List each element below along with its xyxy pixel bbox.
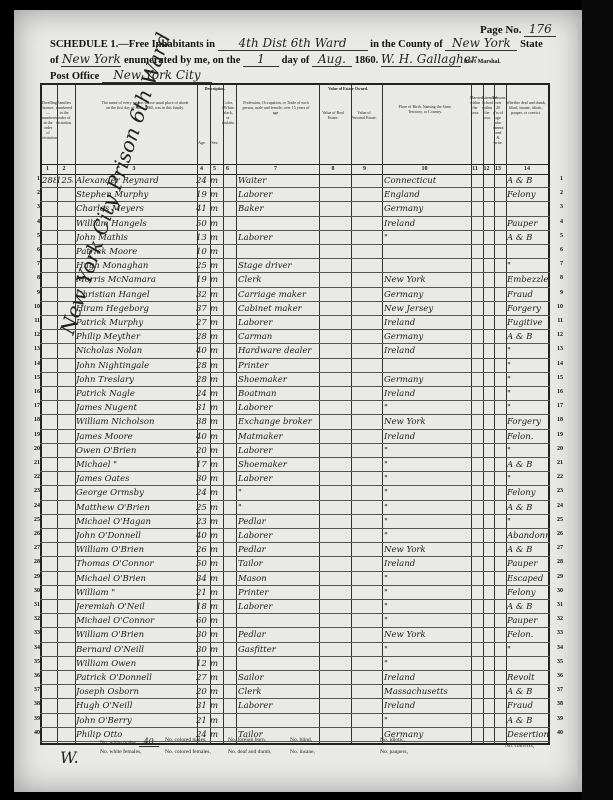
table-row [40, 713, 550, 727]
table-row [40, 528, 550, 542]
table-row [40, 301, 550, 315]
row-number-left: 3 [28, 204, 40, 210]
col-header-sex: Sex. [209, 140, 221, 145]
idiotic-label: No. idiotic, [380, 737, 405, 743]
row-number-right: 30 [551, 588, 563, 594]
col-header-dwelling: Dwelling-houses—numbered in the order of… [42, 100, 54, 140]
row-number-right: 3 [551, 204, 563, 210]
row-number-right: 38 [551, 701, 563, 707]
row-number-right: 35 [551, 659, 563, 665]
row-number-right: 6 [551, 247, 563, 253]
row-number-right: 16 [551, 389, 563, 395]
column-number: 8 [317, 166, 349, 172]
row-number-left: 7 [28, 261, 40, 267]
col-header-married: Married within the year. [470, 95, 480, 115]
column-number: 4 [195, 166, 208, 172]
column-number: 2 [55, 166, 73, 172]
post-office-line: Post Office New York City [50, 68, 212, 83]
table-row [40, 386, 550, 400]
table-row [40, 443, 550, 457]
table-row [40, 571, 550, 585]
group-header-estate: Value of Estate Owned. [318, 86, 378, 91]
col-header-age: Age. [196, 140, 208, 145]
insane-label: No. insane, [290, 749, 315, 755]
table-row [40, 556, 550, 570]
schedule-line: SCHEDULE 1.—Free Inhabitants in 4th Dist… [50, 36, 543, 51]
group-header-description: Description. [195, 86, 235, 91]
row-number-left: 9 [28, 290, 40, 296]
row-number-left: 22 [28, 474, 40, 480]
row-number-right: 11 [551, 318, 563, 324]
white-females-label: No. white females, [100, 749, 142, 755]
colored-males-label: No. colored males, [165, 737, 207, 743]
row-number-right: 25 [551, 517, 563, 523]
row-number-left: 38 [28, 701, 40, 707]
post-office-label: Post Office [50, 71, 99, 82]
table-row [40, 272, 550, 286]
row-number-left: 23 [28, 488, 40, 494]
table-row [40, 244, 550, 258]
row-number-right: 28 [551, 559, 563, 565]
col-header-school: Attended School within the year. [482, 95, 492, 120]
table-row [40, 400, 550, 414]
county-label: in the County of [370, 39, 443, 50]
blind-label: No. blind, [290, 737, 312, 743]
row-number-right: 36 [551, 673, 563, 679]
table-row [40, 485, 550, 499]
col-header-illiterate: Persons over 20 y'rs of age who cannot r… [493, 95, 503, 145]
row-number-right: 12 [551, 332, 563, 338]
row-number-left: 35 [28, 659, 40, 665]
district-value: 4th Dist 6th Ward [218, 36, 368, 51]
col-header-real-estate: Value of Real Estate. [319, 110, 347, 120]
row-number-left: 2 [28, 190, 40, 196]
table-row [40, 471, 550, 485]
row-number-left: 15 [28, 375, 40, 381]
row-number-right: 31 [551, 602, 563, 608]
paupers-label: No. paupers, [380, 749, 408, 755]
table-row [40, 358, 550, 372]
marshal-signature: W. H. Gallagher [381, 52, 461, 67]
table-row [40, 684, 550, 698]
row-number-left: 31 [28, 602, 40, 608]
state-value: New York [61, 52, 121, 67]
row-number-right: 1 [551, 176, 563, 182]
foreign-born-label: No. foreign born, [228, 737, 266, 743]
col-header-personal-estate: Value of Personal Estate. [350, 110, 378, 120]
table-row [40, 613, 550, 627]
row-number-right: 4 [551, 219, 563, 225]
footer-white-males: No. white males, 40 [100, 737, 159, 747]
row-number-left: 40 [28, 730, 40, 736]
row-number-right: 2 [551, 190, 563, 196]
row-number-left: 36 [28, 673, 40, 679]
table-row [40, 230, 550, 244]
row-number-left: 21 [28, 460, 40, 466]
row-number-right: 26 [551, 531, 563, 537]
row-number-right: 33 [551, 630, 563, 636]
row-number-left: 4 [28, 219, 40, 225]
table-row [40, 457, 550, 471]
table-row [40, 315, 550, 329]
month-value: Aug. [312, 52, 352, 67]
row-number-right: 8 [551, 275, 563, 281]
marshal-label: Ass't Marshal. [463, 59, 500, 65]
row-number-left: 13 [28, 346, 40, 352]
row-number-left: 20 [28, 446, 40, 452]
row-number-right: 10 [551, 304, 563, 310]
row-number-right: 39 [551, 716, 563, 722]
table-row [40, 642, 550, 656]
row-number-left: 12 [28, 332, 40, 338]
row-number-left: 10 [28, 304, 40, 310]
row-number-left: 32 [28, 616, 40, 622]
col-header-occupation: Profession, Occupation, or Trade of each… [240, 100, 312, 115]
row-number-left: 17 [28, 403, 40, 409]
col-header-birthplace: Place of Birth, Naming the State, Territ… [395, 104, 455, 114]
convicts-label: No. convicts, [505, 743, 534, 749]
row-number-left: 1 [28, 176, 40, 182]
row-number-left: 18 [28, 417, 40, 423]
row-number-right: 40 [551, 730, 563, 736]
day-of-label: day of [282, 55, 310, 66]
column-number: 3 [73, 166, 195, 172]
of-label: of [50, 55, 59, 66]
row-number-left: 28 [28, 559, 40, 565]
row-number-right: 17 [551, 403, 563, 409]
row-number-right: 27 [551, 545, 563, 551]
enumeration-line: of New York enumerated by me, on the 1 d… [50, 52, 501, 67]
row-number-right: 13 [551, 346, 563, 352]
row-number-left: 33 [28, 630, 40, 636]
row-number-left: 25 [28, 517, 40, 523]
row-number-right: 5 [551, 233, 563, 239]
row-number-left: 24 [28, 503, 40, 509]
page-label: Page No. [480, 24, 522, 36]
row-number-right: 24 [551, 503, 563, 509]
row-number-left: 29 [28, 574, 40, 580]
table-row [40, 656, 550, 670]
row-number-right: 18 [551, 417, 563, 423]
day-value: 1 [243, 52, 279, 67]
col-header-color: Color, {White, black, or mulatto. [222, 100, 234, 125]
row-number-right: 19 [551, 432, 563, 438]
column-number: 6 [221, 166, 234, 172]
row-number-left: 19 [28, 432, 40, 438]
column-number: 11 [469, 166, 481, 172]
row-number-right: 34 [551, 645, 563, 651]
row-number-right: 14 [551, 361, 563, 367]
table-row [40, 698, 550, 712]
row-number-left: 11 [28, 318, 40, 324]
row-number-left: 26 [28, 531, 40, 537]
row-number-right: 15 [551, 375, 563, 381]
row-number-left: 34 [28, 645, 40, 651]
column-number: 1 [40, 166, 55, 172]
row-number-right: 32 [551, 616, 563, 622]
white-males-value: 40 [139, 737, 159, 747]
row-number-right: 22 [551, 474, 563, 480]
row-number-left: 30 [28, 588, 40, 594]
table-row [40, 599, 550, 613]
table-row [40, 414, 550, 428]
column-number: 12 [481, 166, 492, 172]
table-row [40, 343, 550, 357]
footer-initials: W. [60, 748, 79, 767]
table-row [40, 514, 550, 528]
row-number-left: 8 [28, 275, 40, 281]
column-number: 9 [349, 166, 380, 172]
table-row [40, 287, 550, 301]
table-row [40, 258, 550, 272]
year-value: 1860. [355, 55, 379, 66]
county-value: New York [445, 36, 517, 51]
row-number-left: 27 [28, 545, 40, 551]
row-number-right: 23 [551, 488, 563, 494]
table-row [40, 627, 550, 641]
table-row [40, 670, 550, 684]
row-number-right: 37 [551, 687, 563, 693]
row-number-right: 7 [551, 261, 563, 267]
white-males-label: No. white males, [100, 740, 137, 746]
scan-border [582, 0, 613, 800]
row-number-left: 14 [28, 361, 40, 367]
row-number-right: 29 [551, 574, 563, 580]
page-number-label: Page No. 176 [480, 22, 556, 37]
column-number: 13 [492, 166, 504, 172]
row-number-right: 9 [551, 290, 563, 296]
table-row [40, 500, 550, 514]
row-number-right: 20 [551, 446, 563, 452]
row-number-left: 37 [28, 687, 40, 693]
table-row [40, 542, 550, 556]
state-label: State [520, 39, 543, 50]
page-number: 176 [524, 22, 556, 37]
col-header-family: Families numbered in the order of visita… [56, 100, 72, 125]
schedule-label: SCHEDULE 1.—Free Inhabitants in [50, 39, 215, 50]
row-number-right: 21 [551, 460, 563, 466]
column-number: 5 [208, 166, 221, 172]
table-row [40, 429, 550, 443]
row-number-left: 16 [28, 389, 40, 395]
row-number-left: 39 [28, 716, 40, 722]
column-number: 7 [234, 166, 317, 172]
column-number: 10 [380, 166, 469, 172]
table-row [40, 585, 550, 599]
row-number-left: 6 [28, 247, 40, 253]
row-number-left: 5 [28, 233, 40, 239]
colored-females-label: No. colored females, [165, 749, 211, 755]
column-number: 14 [504, 166, 550, 172]
table-row [40, 372, 550, 386]
col-header-condition: Whether deaf and dumb, blind, insane, id… [506, 100, 546, 115]
table-row [40, 329, 550, 343]
deaf-dumb-label: No. deaf and dumb, [228, 749, 272, 755]
